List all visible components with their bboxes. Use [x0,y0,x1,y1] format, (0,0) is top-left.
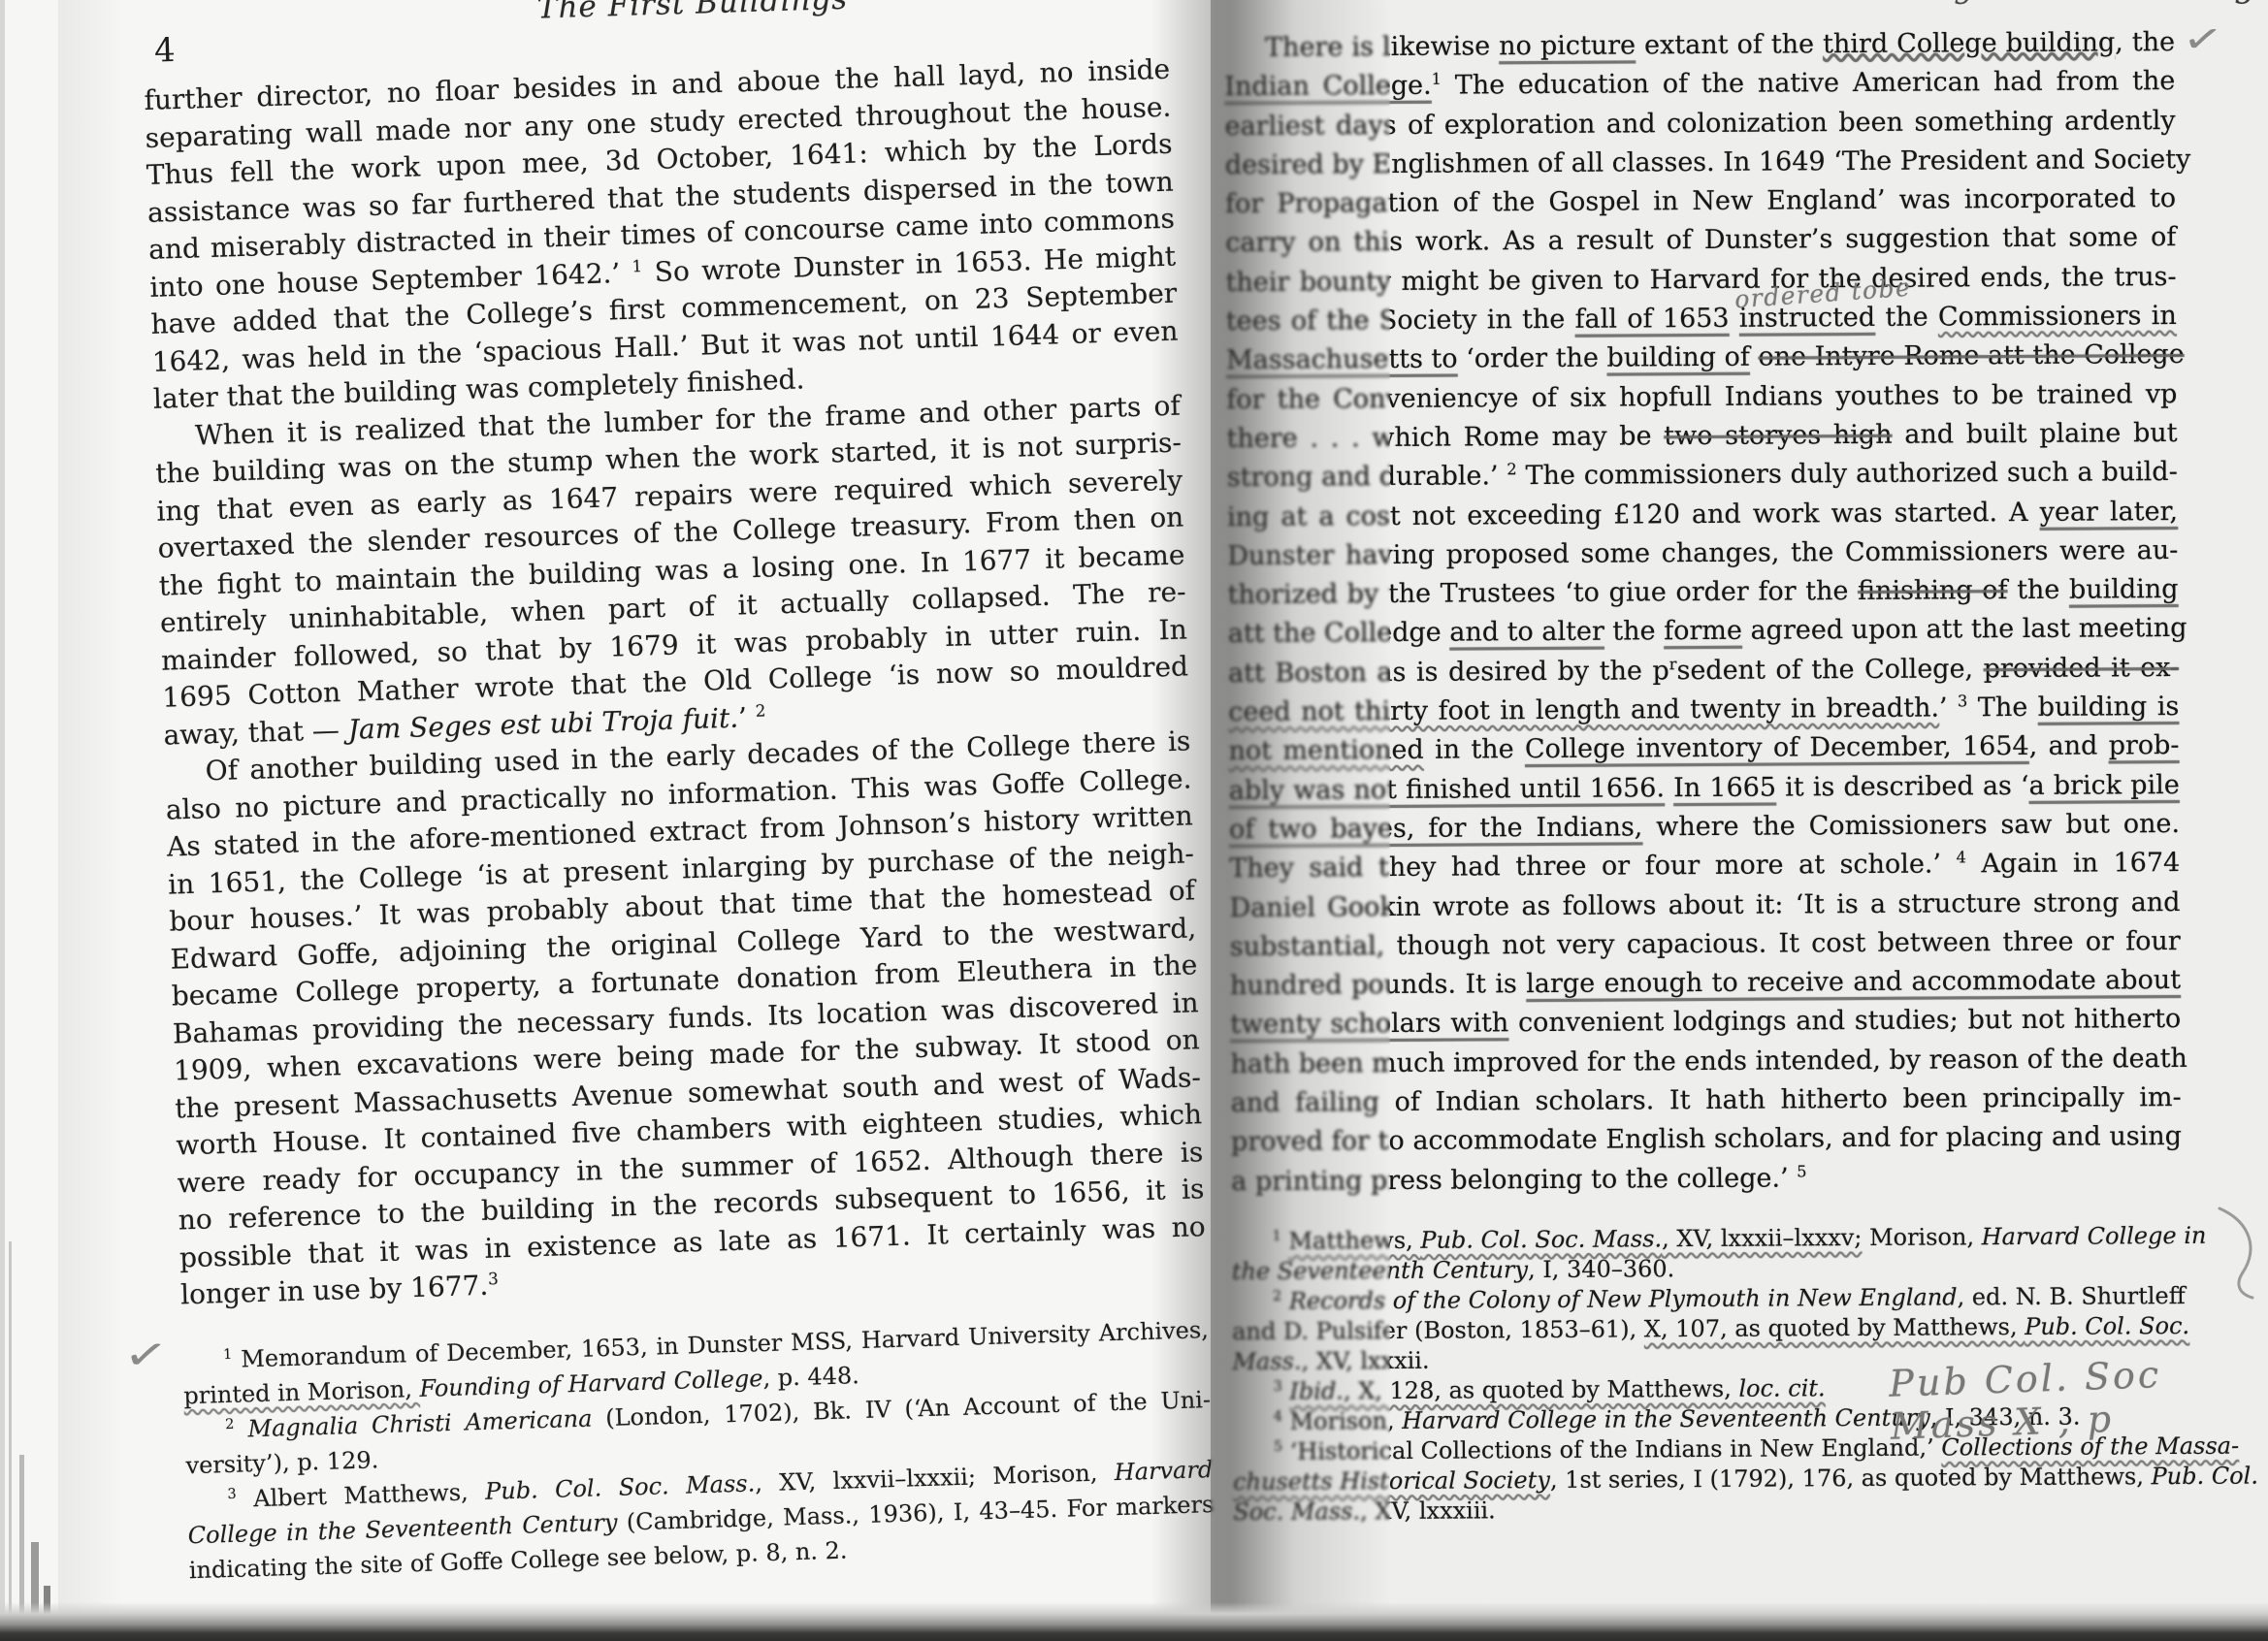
text-line: 1 Matthews, Pub. Col. Soc. Mass., XV, lx… [1232,1221,2183,1257]
text-segment: , ed. N. B. Shurtleff [1958,1282,2186,1310]
annotated-text-segment: In 1665 [1673,772,1776,803]
text-segment: , I, 340–360. [1528,1255,1674,1283]
text-segment: ’ [1939,692,1958,723]
annotated-text-segment: Ibid. [1289,1377,1344,1404]
text-line: for the Conveniencye of six hopfull Indi… [1226,375,2177,420]
text-segment: The commissioners duly authorized such a… [1517,457,2178,491]
text-segment: , and [2029,731,2109,762]
annotated-text-segment: Soc. Mass. [1233,1497,1360,1526]
annotated-text-segment: Indian College. [1224,71,1431,102]
text-line: chusetts Historical Society, 1st series,… [1233,1462,2184,1497]
annotated-text-segment: Mass. [1232,1347,1301,1374]
text-line: and D. Pulsifer (Boston, 1853–61), X, 10… [1232,1311,2183,1347]
annotated-text-segment: Pub. Col. [2151,1462,2258,1490]
annotated-text-segment: Founding of Harvard College [419,1365,763,1402]
text-segment: Morison, [1282,1407,1402,1435]
annotated-text-segment: 3 [1233,1379,1282,1395]
annotated-text-segment: not mentioned [1228,735,1423,766]
text-line: Daniel Gookin wrote as follows about it:… [1229,884,2180,928]
annotated-text-segment: 2 [184,1416,235,1433]
text-segment: Again in 1674 [1966,848,2181,879]
text-segment: ing at a cost not exceeding £120 and wor… [1227,497,2040,531]
text-segment: carry on this work. As a result of Dunst… [1225,222,2176,258]
text-segment: strong and durable.’ [1227,461,1507,493]
text-segment: , XV, lxxxiii. [1360,1496,1496,1525]
annotated-text-segment: Pub. Col. Soc. Mass. [1420,1225,1662,1254]
text-line: Massachusetts to ‘order the building of … [1226,336,2177,380]
annotated-text-segment: no picture [1499,30,1636,61]
text-segment: Albert Matthews, [236,1477,485,1512]
annotated-text-segment: twenty scholars with [1230,1009,1508,1041]
text-segment: the [1604,617,1665,647]
text-segment: ‘Historical Collections of the Indians i… [1282,1433,1941,1464]
text-segment: , p. 448. [762,1362,859,1392]
text-segment: thorized by the Trustees ‘to giue order … [1227,576,1858,610]
text-segment: The [1967,692,2038,723]
text-line: thorized by the Trustees ‘to giue order … [1227,570,2178,615]
text-line: ing at a cost not exceeding £120 and wor… [1227,493,2178,537]
annotated-text-segment: one Intyre Rome att the College [1758,339,2184,372]
handwriting-footnote-citation: Pub Col. Soc Mass X , p [1889,1349,2268,1448]
annotated-text-segment: of two bayes, for the Indians, [1229,812,1642,845]
text-segment: for the Conveniencye of six hopfull Indi… [1226,379,2177,415]
scanner-bottom-band [0,1602,2268,1641]
text-segment: Daniel Gookin wrote as follows about it:… [1229,887,2180,923]
annotated-text-segment: printed in Morison, [183,1374,420,1408]
text-segment: where the Comissioners saw but one. [1642,809,2180,842]
annotated-text-segment: ably was not finished until 1656. [1229,773,1665,806]
text-segment: for Propagation of the Gospel in New Eng… [1225,183,2176,219]
text-segment: hundred pounds. It is [1230,969,1526,1001]
text-segment: a printing press belonging to the colleg… [1231,1163,1797,1197]
text-line: Indian College.1 The education of the na… [1224,62,2175,107]
text-line: and failing of Indian scholars. It hath … [1231,1078,2182,1123]
annotated-text-segment: , XV, lxxxii–lxxxv; [1662,1224,1862,1252]
text-line: a printing press belonging to the colleg… [1231,1157,2182,1202]
text-line: not mentioned in the College inventory o… [1228,726,2179,771]
text-segment: and D. Pulsifer (Boston, 1853–61), [1232,1315,1644,1345]
annotated-text-segment: Harvard College in the Seventeenth Centu… [1402,1403,1930,1433]
annotated-text-segment: 5 [1233,1439,1282,1455]
text-segment: desired by Englishmen of all classes. In… [1225,145,2191,180]
annotated-text-segment: loc. cit. [1738,1374,1825,1402]
annotated-text-segment: 2 [1232,1289,1281,1304]
left-page-footnotes: 1 Memorandum of December, 1653, in Dunst… [182,1312,1215,1588]
text-line: desired by Englishmen of all classes. In… [1225,141,2176,185]
annotated-text-segment: two storyes high [1664,420,1893,451]
text-line: hath been much improved for the ends int… [1230,1040,2181,1084]
text-segment: and failing of Indian scholars. It hath … [1231,1082,2182,1118]
annotated-text-segment: large enough to receive and accommodate … [1526,965,2181,999]
left-page-edge-shading [58,0,136,1641]
text-segment: away, that — [163,713,348,751]
annotated-text-segment: , X, 128, as quoted by Matthews, [1344,1375,1739,1404]
text-line: proved for to accommodate English schola… [1231,1117,2182,1162]
text-segment: , the [2115,27,2175,57]
right-page: The First Buildings 5 There is likewise … [1224,23,2184,1528]
text-line: strong and durable.’ 2 The commissioners… [1227,453,2178,498]
pencil-checkmark-right: ✓ [2181,16,2225,64]
text-segment: ’ [738,701,757,734]
text-line: hundred pounds. It is large enough to re… [1230,961,2181,1006]
text-segment: Morison, [1862,1223,1981,1251]
annotated-text-segment: finishing of [1858,575,2008,606]
text-segment: tees of the Society in the [1226,305,1575,337]
annotated-text-segment: Massachusetts to [1226,344,1458,375]
text-segment: The education of the native American had… [1442,66,2176,101]
text-segment: sedent of the College, [1676,654,1983,686]
text-line: tees of the Society in the fall of 1653 … [1226,297,2177,341]
annotated-text-segment: 3 [1958,692,1967,710]
text-segment: proved for to accommodate English schola… [1231,1121,2182,1157]
annotated-text-segment: 1 [1232,1229,1281,1244]
pencil-squiggle-margin [2214,1205,2268,1302]
annotated-text-segment: building [2069,574,2179,605]
annotated-text-segment: third College building [1823,27,2115,59]
scanned-book-spread: The First Buildings 4 further director, … [0,0,2268,1641]
annotated-text-segment: Records of the Colony of New Plymouth in… [1289,1283,1958,1314]
text-segment: att the Colledge [1228,618,1450,649]
text-segment [1281,1288,1289,1315]
text-line: ceed not thirty foot in length and twent… [1228,688,2179,732]
text-line: att the Colledge and to alter the forme … [1228,609,2179,654]
text-segment: there . . . which Rome may be [1226,421,1664,454]
text-line: ably was not finished until 1656. In 166… [1229,766,2180,811]
annotated-text-segment: fall of 1653 [1575,304,1730,335]
annotated-text-segment: a brick pile [2028,770,2179,801]
annotated-text-segment: 1 [1432,70,1442,88]
text-segment: att Boston as is desired by the p [1228,656,1669,689]
text-segment [1282,1378,1290,1405]
text-line: for Propagation of the Gospel in New Eng… [1225,179,2176,224]
annotated-text-segment: Harvard College in [1982,1222,2207,1250]
annotated-text-segment: forme [1664,616,1742,646]
text-line: carry on this work. As a result of Dunst… [1225,218,2176,263]
annotated-text-segment: Commissioners in [1938,301,2177,333]
annotated-text-segment: the Seventeenth Century [1232,1256,1528,1285]
annotated-text-segment: chusetts Historical Society [1233,1466,1550,1496]
right-page-body-text: There is likewise no picture extant of t… [1224,23,2182,1202]
text-line: att Boston as is desired by the prsedent… [1228,649,2179,693]
annotated-text-segment: and to alter [1449,617,1604,648]
annotated-text-segment: Matthews, [1288,1227,1420,1255]
annotated-text-segment: 3 [186,1486,237,1503]
annotated-text-segment: building is [2038,692,2180,723]
annotated-text-segment: Pub. Col. Soc. Mass. [485,1469,756,1504]
text-line: their bounty might be given to Harvard f… [1225,258,2176,303]
text-segment: substantial, though not very capacious. … [1230,926,2181,962]
text-segment: earliest days of exploration and coloniz… [1225,106,2176,142]
annotated-text-segment: 1 [632,256,642,275]
text-segment: , XV, lxxxii. [1301,1347,1429,1375]
book-page-edges [0,0,58,1641]
text-segment: and built plaine but [1892,418,2177,450]
text-segment: it is described as ‘ [1776,771,2029,803]
text-segment [1281,1228,1289,1255]
text-segment: There is likewise [1224,31,1499,63]
text-line: there . . . which Rome may be two storye… [1226,414,2177,459]
text-line: of two bayes, for the Indians, where the… [1229,805,2180,850]
annotated-text-segment: building of [1606,342,1750,373]
text-line: twenty scholars with convenient lodgings… [1230,1000,2181,1045]
left-page: The First Buildings 4 further director, … [144,51,1215,1588]
text-line: Dunster having proposed some changes, th… [1227,531,2178,576]
annotated-text-segment: 2 [755,700,765,720]
text-segment: longer in use by 1677. [180,1270,489,1311]
text-line: earliest days of exploration and coloniz… [1224,102,2175,146]
text-segment: convenient lodgings and studies; but not… [1508,1004,2181,1038]
text-segment: the [1875,303,1938,333]
text-segment: , 1st series, I (1792), 176, as quoted b… [1550,1463,2152,1494]
annotated-text-segment: prob- [2109,730,2180,760]
text-segment: versity’), p. 129. [185,1446,379,1479]
text-line: substantial, though not very capacious. … [1230,922,2181,967]
text-line: There is likewise no picture extant of t… [1224,23,2175,68]
text-segment: extant of the [1636,29,1823,60]
text-line: They said they had three or four more at… [1229,844,2180,888]
text-segment: agreed upon att the last meeting [1742,613,2187,646]
left-page-number: 4 [153,31,176,71]
annotated-text-segment: 3 [488,1269,499,1288]
pencil-checkmark-left: ✓ [121,1329,171,1383]
text-line: Soc. Mass., XV, lxxxiii. [1233,1492,2184,1528]
annotated-text-segment: 4 [1957,849,1966,867]
left-page-body-text: further director, no floar besides in an… [144,51,1207,1314]
annotated-text-segment: College inventory of December, 1654 [1525,731,2029,764]
text-segment [234,1415,248,1442]
text-segment: hath been much improved for the ends int… [1230,1044,2187,1079]
text-segment: Dunster having proposed some changes, th… [1227,535,2178,571]
annotated-text-segment: provided it ex- [1984,653,2180,684]
right-page-number-fragment: 5 [2235,0,2255,12]
text-segment: the [2007,575,2069,605]
text-segment: their bounty might be given to Harvard f… [1226,262,2177,298]
annotated-text-segment: Harvard [1114,1456,1213,1486]
left-running-header: The First Buildings [536,0,848,26]
annotated-text-segment: X, 107, as quoted by Matthews, [1644,1313,2025,1342]
annotated-text-segment: 4 [1233,1409,1282,1425]
text-segment: in the [1424,734,1525,765]
text-segment: They said they had three or four more at… [1229,850,1957,885]
annotated-text-segment: ceed not thirty foot in length and twent… [1228,693,1939,727]
text-segment: ‘order the [1458,343,1607,374]
annotated-text-segment: Magnalia Christi Americana [247,1404,593,1442]
annotated-text-segment: Pub. Col. Soc. [2025,1312,2189,1340]
right-running-header: The First Buildings [1680,0,1992,7]
annotated-text-segment: 5 [1797,1162,1806,1180]
annotated-text-segment: 1 [182,1346,233,1364]
annotated-text-segment: 2 [1507,460,1516,478]
annotated-text-segment: year later, [2040,497,2179,528]
